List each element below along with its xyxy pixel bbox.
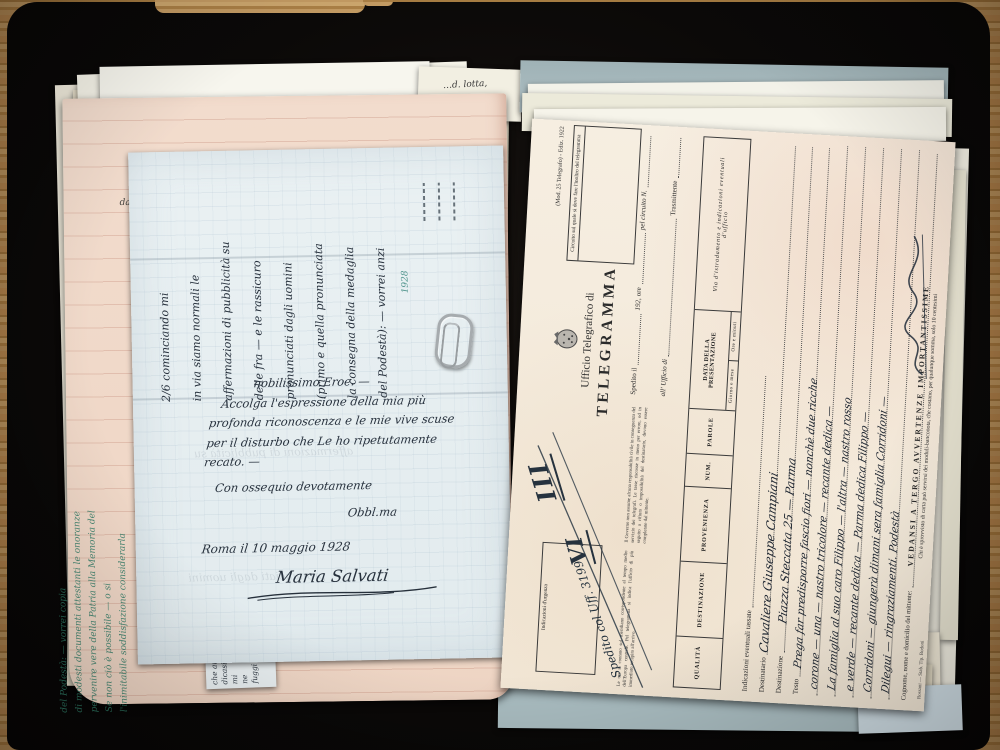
dispatch-label: pel circuito N. bbox=[638, 190, 648, 230]
letter-vertical-text: 2/6 cominciando mi in via siamo normali … bbox=[146, 151, 439, 402]
signature-flourish bbox=[243, 582, 445, 602]
dispatch-line-2: all' Ufficio di Trasmittente bbox=[659, 135, 682, 397]
message-line: Dilegui — ringraziamenti. Podestà bbox=[880, 509, 902, 695]
margin-annotation-block: del Podestà: — vorrei copia di modesti d… bbox=[51, 152, 134, 713]
tally-marks bbox=[423, 182, 456, 221]
letter-line: pronunciati dagli uomini bbox=[270, 153, 306, 400]
header-cell-parole: PAROLE bbox=[687, 409, 735, 456]
letter-line: 2/6 cominciando mi bbox=[146, 156, 182, 403]
header-subcell-ore: Ore e minuti bbox=[729, 312, 741, 362]
header-cell-num: NUM. bbox=[685, 454, 733, 490]
wood-notch-small bbox=[363, 0, 393, 6]
dispatch-label: Trasmittente bbox=[669, 180, 679, 216]
telegram-fields: Indicazioni eventuali tassate Destinatar… bbox=[733, 142, 920, 700]
teal-annotation: 1928 bbox=[400, 233, 417, 293]
dispatch-label: all' Ufficio di bbox=[659, 359, 669, 397]
routing-box: Circuito sul quale si deve fare l'inoltr… bbox=[566, 125, 641, 265]
header-cell-destinazione: DESTINAZIONE bbox=[677, 562, 727, 639]
blue-letter-sheet: 2/6 cominciando mi in via siamo normali … bbox=[128, 145, 513, 664]
letter-closing-text: nobilissimo Eroe. — Accolga l'espression… bbox=[186, 369, 514, 609]
header-cell-qualita: QUALITÀ bbox=[674, 636, 723, 688]
header-subcell-giorno: Giorno e mese bbox=[726, 361, 738, 410]
header-cell-data-presentazione: DATA DELLA PRESENTAZIONE Giorno e mese O… bbox=[689, 310, 740, 411]
savoy-emblem-icon bbox=[549, 322, 581, 356]
dispatch-label: ore bbox=[634, 287, 642, 296]
header-cell-provenienza: PROVENIENZA bbox=[681, 487, 731, 564]
telegram-form: (Mod. 25 Telegrafo) - Ediz. 1922 Circuit… bbox=[500, 119, 955, 712]
edition-note: (Mod. 25 Telegrafo) - Ediz. 1922 bbox=[555, 126, 565, 206]
paper-clip bbox=[433, 312, 474, 369]
letter-line: del Podestà): — vorrei anzi bbox=[363, 152, 399, 399]
header-cell-via: Via d'istradamento e indicazioni eventua… bbox=[695, 137, 751, 312]
wood-notch bbox=[155, 0, 365, 13]
form-title: TELEGRAMMA bbox=[593, 261, 620, 422]
telegram-sheet: (Mod. 25 Telegrafo) - Ediz. 1922 Circuit… bbox=[500, 119, 955, 712]
dateline: Roma il 10 maggio 1928 bbox=[201, 534, 495, 559]
letter-line: in via siamo normali le bbox=[177, 155, 213, 402]
routing-box-label: Circuito sul quale si deve fare l'inoltr… bbox=[567, 126, 585, 260]
dispatch-label: Spedito il bbox=[629, 367, 638, 394]
letter-line: Con ossequio devotamente bbox=[214, 473, 502, 498]
letter-line: (primo e quella pronunciata bbox=[301, 153, 337, 400]
letter-line: la consegna della medaglia bbox=[332, 152, 368, 399]
letter-line: delle fra — e le rassicuro bbox=[239, 154, 275, 401]
dispatch-label: 192, bbox=[634, 298, 643, 311]
valediction: Obbl.ma bbox=[347, 501, 499, 523]
letter-line: affermazioni di pubblicità su bbox=[208, 155, 244, 402]
archival-photo-scene: …d. lotta, da del Podestà: — vorrei copi… bbox=[0, 0, 1000, 750]
